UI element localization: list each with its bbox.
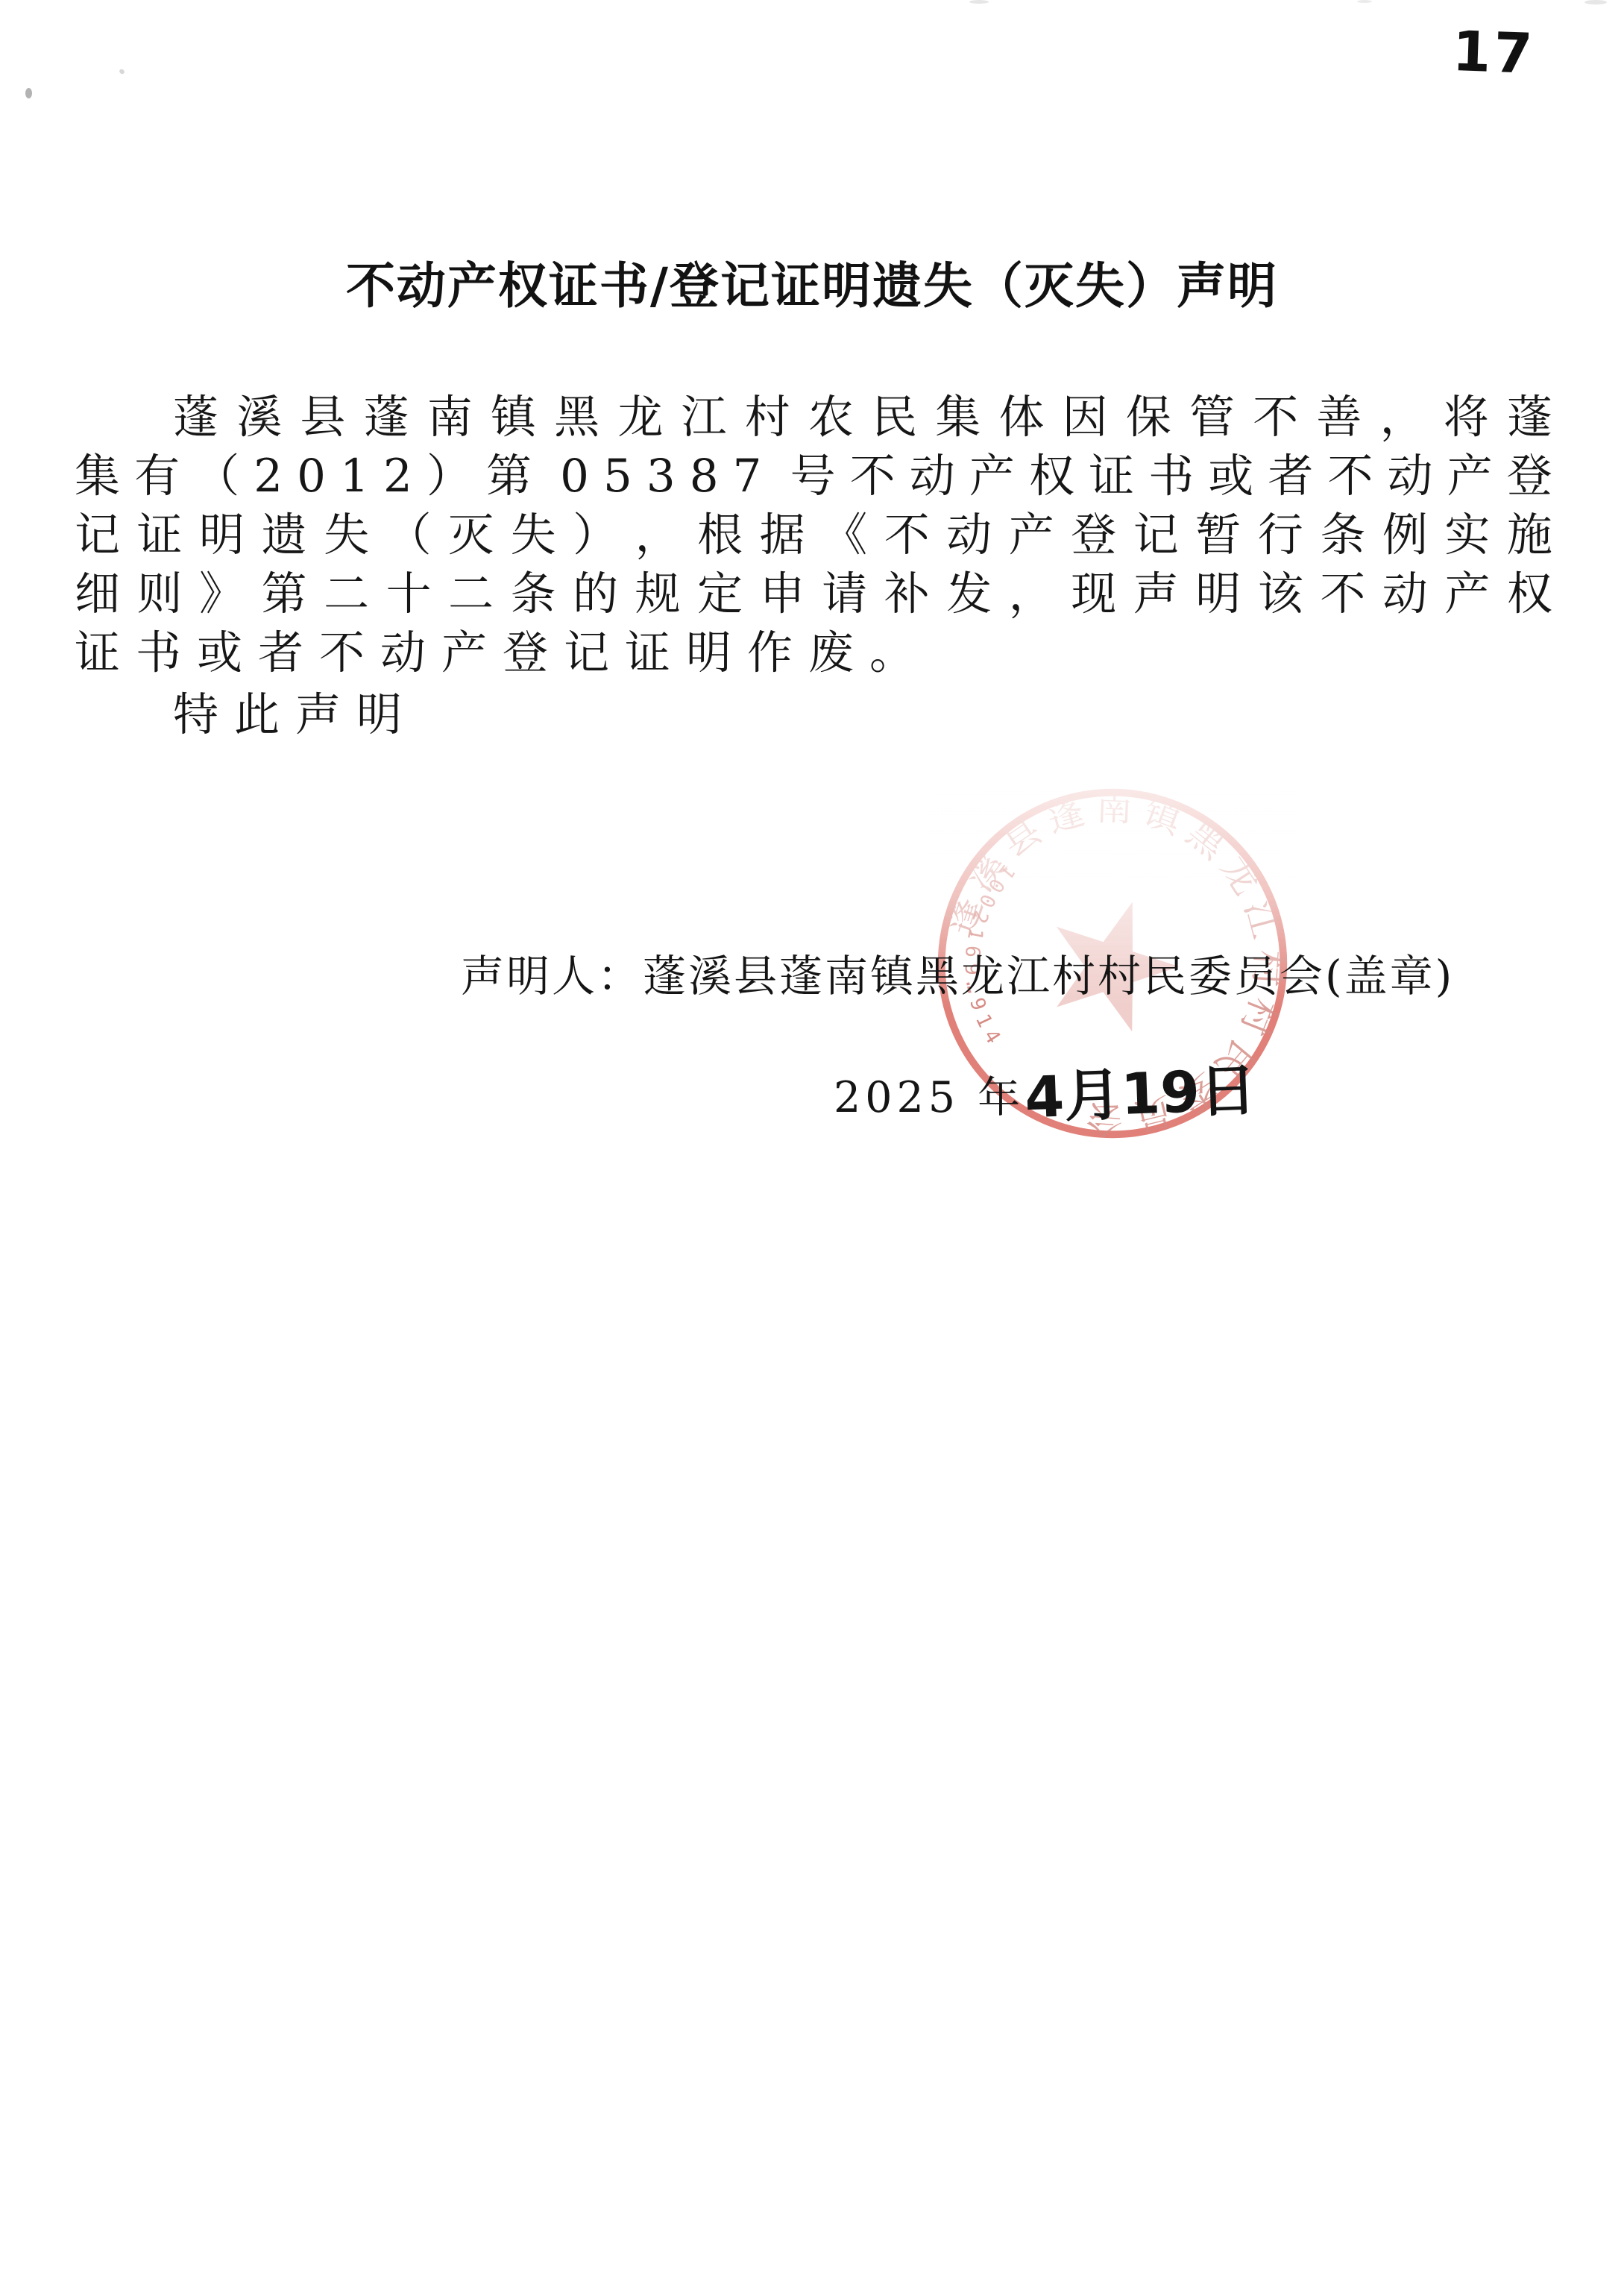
body-line: 细则》第二十二条的规定申请补发，现声明该不动产权 — [75, 564, 1552, 623]
date-handwritten: 4月19日 — [1023, 1045, 1257, 1134]
body-paragraph: 蓬溪县蓬南镇黑龙江村农民集体因保管不善，将蓬 集有（2012）第 05387 号… — [75, 388, 1552, 744]
scan-speck — [969, 0, 989, 4]
document-title: 不动产权证书/登记证明遗失（灭失）声明 — [0, 246, 1624, 317]
scan-speck — [119, 68, 125, 75]
closing-line: 特此声明 — [75, 685, 1552, 744]
date-printed: 2025 年 — [834, 1073, 1025, 1122]
scan-speck — [1357, 0, 1372, 3]
declarant-signature-line: 声明人：蓬溪县蓬南镇黑龙江村村民委员会(盖章) — [461, 941, 1454, 1004]
date-line: 2025 年4月19日 — [834, 1047, 1256, 1128]
scan-speck — [1584, 0, 1607, 4]
body-line: 蓬溪县蓬南镇黑龙江村农民集体因保管不善，将蓬 — [75, 388, 1552, 447]
page-number: 17 — [1452, 19, 1537, 87]
scanned-document-page: 17 不动产权证书/登记证明遗失（灭失）声明 蓬溪县蓬南镇黑龙江村农民集体因保管… — [0, 0, 1624, 2296]
body-line: 记证明遗失（灭失），根据《不动产登记暂行条例实施 — [75, 506, 1552, 564]
body-line: 集有（2012）第 05387 号不动产权证书或者不动产登 — [75, 447, 1552, 506]
scan-speck — [25, 88, 32, 98]
body-line: 证书或者不动产登记证明作废。 — [75, 623, 1552, 682]
